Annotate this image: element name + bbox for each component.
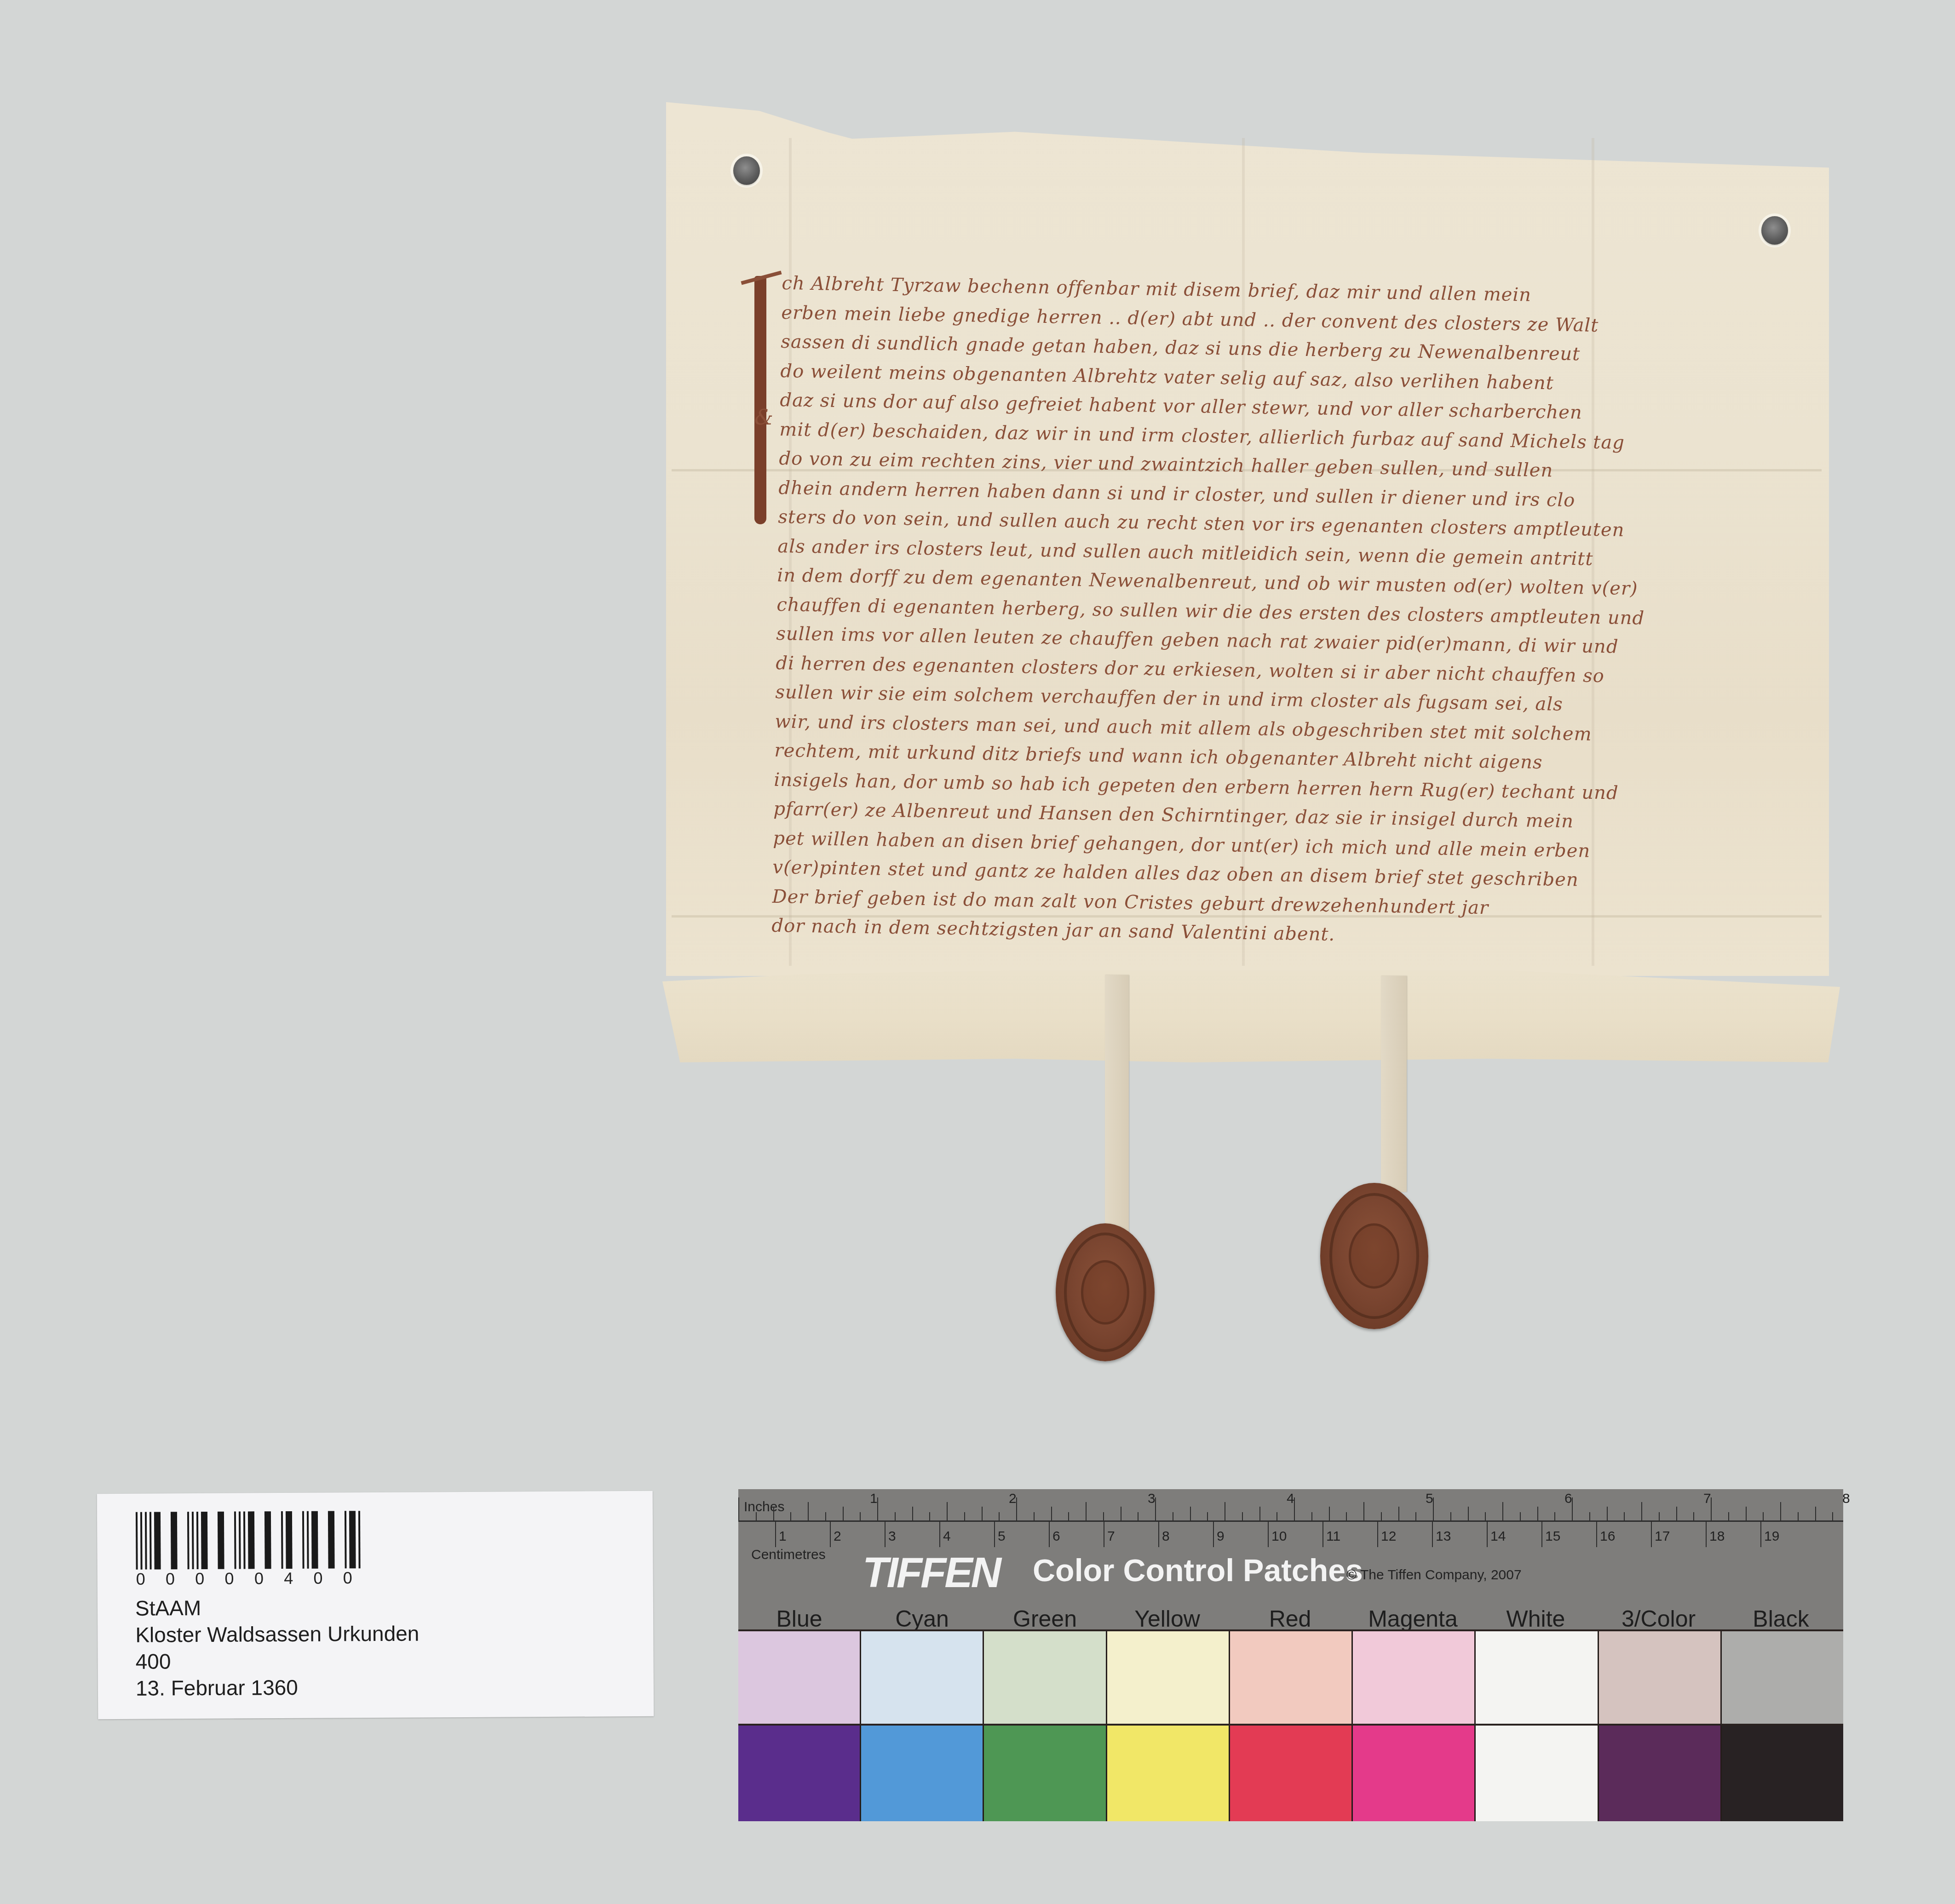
inch-tick xyxy=(1086,1502,1087,1520)
inch-tick xyxy=(1537,1507,1538,1520)
inch-tick xyxy=(964,1512,965,1520)
color-patch-green-light xyxy=(984,1631,1107,1726)
patch-label-green: Green xyxy=(984,1606,1106,1632)
inch-tick xyxy=(825,1512,826,1520)
patch-label-cyan: Cyan xyxy=(861,1606,983,1632)
cm-tick xyxy=(1104,1521,1104,1547)
inch-tick xyxy=(808,1502,809,1520)
inch-tick xyxy=(1746,1507,1747,1520)
cm-number: 9 xyxy=(1217,1529,1225,1544)
cm-number: 16 xyxy=(1600,1529,1615,1544)
inch-number: 6 xyxy=(1564,1491,1572,1507)
patch-row-light xyxy=(738,1629,1843,1726)
color-patch-blue-light xyxy=(738,1631,861,1726)
barcode-bar xyxy=(140,1512,143,1570)
cm-tick xyxy=(994,1521,995,1547)
barcode-bar xyxy=(321,1511,326,1569)
inch-tick xyxy=(1329,1507,1330,1520)
mounting-pin-icon xyxy=(1761,216,1788,245)
inch-tick xyxy=(1693,1512,1694,1520)
cm-number: 2 xyxy=(834,1529,841,1544)
copyright-notice: © The Tiffen Company, 2007 xyxy=(1346,1567,1522,1583)
inch-tick xyxy=(1311,1512,1312,1520)
barcode-bar xyxy=(248,1511,255,1569)
inch-tick xyxy=(1138,1512,1138,1520)
seal-emblem-icon xyxy=(1081,1260,1129,1325)
barcode-bar xyxy=(337,1511,342,1568)
color-patch-white-saturated xyxy=(1476,1726,1598,1821)
cm-number: 19 xyxy=(1764,1529,1779,1544)
inch-number: 5 xyxy=(1426,1491,1433,1507)
cm-number: 1 xyxy=(779,1529,787,1544)
inch-tick xyxy=(1207,1512,1208,1520)
cm-tick xyxy=(1322,1521,1323,1547)
color-patch-black-light xyxy=(1722,1631,1843,1726)
inch-tick xyxy=(860,1512,861,1520)
inch-tick xyxy=(1607,1507,1608,1520)
inch-tick xyxy=(895,1512,896,1520)
inch-tick xyxy=(912,1507,913,1520)
barcode-bar xyxy=(307,1511,309,1569)
color-patch-blue-saturated xyxy=(738,1726,861,1821)
chart-title: Color Control Patches xyxy=(1033,1553,1363,1589)
inch-tick xyxy=(1624,1512,1625,1520)
barcode-bar xyxy=(187,1512,190,1569)
inch-tick xyxy=(1485,1512,1486,1520)
barcode-bar xyxy=(257,1511,262,1569)
patch-row-saturated xyxy=(738,1724,1843,1821)
cm-number: 4 xyxy=(943,1529,951,1544)
inch-tick xyxy=(1450,1512,1451,1520)
cm-number: 18 xyxy=(1709,1529,1725,1544)
barcode-bar xyxy=(345,1511,347,1568)
inch-number: 1 xyxy=(870,1491,878,1507)
inch-tick xyxy=(843,1507,844,1520)
inch-tick xyxy=(1034,1512,1035,1520)
shield-emblem-icon xyxy=(1349,1223,1399,1289)
cm-tick xyxy=(1706,1521,1707,1547)
inch-tick xyxy=(1502,1502,1503,1520)
inch-tick xyxy=(982,1507,983,1520)
patch-label-magenta: Magenta xyxy=(1352,1606,1474,1632)
color-patch-yellow-light xyxy=(1107,1631,1230,1726)
barcode-bar xyxy=(281,1511,283,1569)
barcode-bar xyxy=(239,1512,241,1569)
document-number: 400 xyxy=(135,1647,419,1675)
inch-tick xyxy=(1346,1512,1347,1520)
inch-tick xyxy=(1676,1507,1677,1520)
barcode-bar xyxy=(274,1511,279,1569)
inch-tick xyxy=(1051,1507,1052,1520)
inch-tick xyxy=(1259,1507,1260,1520)
cm-number: 8 xyxy=(1162,1529,1170,1544)
inch-tick xyxy=(1190,1507,1191,1520)
color-patch-magenta-saturated xyxy=(1353,1726,1476,1821)
barcode-bar xyxy=(196,1512,199,1569)
color-patch-magenta-light xyxy=(1353,1631,1476,1726)
cm-tick xyxy=(1377,1521,1378,1547)
decorated-initial-i xyxy=(754,276,766,524)
inch-tick xyxy=(1659,1512,1660,1520)
cm-number: 15 xyxy=(1545,1529,1560,1544)
inch-tick xyxy=(1780,1502,1781,1520)
cm-tick xyxy=(1268,1521,1269,1547)
cm-tick xyxy=(1596,1521,1597,1547)
margin-annotation: & xyxy=(754,405,773,430)
inch-number: 7 xyxy=(1703,1491,1711,1507)
barcode-bar xyxy=(218,1512,224,1569)
cm-number: 11 xyxy=(1326,1529,1340,1544)
barcode-bar xyxy=(311,1511,318,1569)
barcode-bar xyxy=(180,1512,185,1569)
document-date: 13. Februar 1360 xyxy=(136,1674,420,1702)
cm-tick xyxy=(1541,1521,1542,1547)
barcode-bar xyxy=(295,1511,300,1569)
color-patch-red-saturated xyxy=(1230,1726,1353,1821)
ruler-inches-label: Inches xyxy=(744,1499,784,1515)
color-patch-white-light xyxy=(1476,1631,1598,1726)
inch-tick xyxy=(1276,1512,1277,1520)
inch-tick xyxy=(738,1497,739,1520)
cm-number: 17 xyxy=(1655,1529,1670,1544)
color-patch-green-saturated xyxy=(984,1726,1107,1821)
inch-tick xyxy=(1832,1512,1833,1520)
color-control-chart: Inches 123456781234567891011121314151617… xyxy=(738,1489,1843,1819)
cm-number: 6 xyxy=(1052,1529,1060,1544)
inch-tick xyxy=(1468,1507,1469,1520)
cm-tick xyxy=(885,1521,885,1547)
archive-label: 0 0 0 0 0 4 0 0 StAAM Kloster Waldsassen… xyxy=(97,1491,654,1719)
cm-tick xyxy=(1487,1521,1488,1547)
cm-tick xyxy=(830,1521,831,1547)
color-patch-red-light xyxy=(1230,1631,1353,1726)
inch-tick xyxy=(999,1512,1000,1520)
tiffen-logo: TIFFEN xyxy=(862,1549,1000,1597)
inch-tick xyxy=(1068,1512,1069,1520)
barcode-bar xyxy=(163,1512,168,1569)
cm-tick xyxy=(1760,1521,1761,1547)
inch-tick xyxy=(1363,1502,1364,1520)
patch-label-3color: 3/Color xyxy=(1598,1606,1719,1632)
inch-tick xyxy=(1103,1512,1104,1520)
collection-name: Kloster Waldsassen Urkunden xyxy=(135,1620,419,1648)
cm-number: 5 xyxy=(998,1529,1006,1544)
inch-tick xyxy=(1415,1512,1416,1520)
barcode-bar xyxy=(149,1512,152,1570)
patch-label-red: Red xyxy=(1229,1606,1351,1632)
barcode-bar xyxy=(145,1512,147,1570)
cm-number: 7 xyxy=(1107,1529,1115,1544)
charter-text: ch Albreht Tyrzaw bechenn offenbar mit d… xyxy=(771,269,1702,955)
inch-tick xyxy=(773,1507,774,1520)
right-wax-seal xyxy=(1320,1183,1428,1329)
barcode-bar xyxy=(234,1512,236,1569)
patch-label-black: Black xyxy=(1720,1606,1842,1632)
cm-tick xyxy=(1651,1521,1652,1547)
inch-tick xyxy=(790,1512,791,1520)
barcode-bar xyxy=(171,1512,178,1569)
inch-tick xyxy=(1225,1502,1225,1520)
barcode-bar xyxy=(227,1512,232,1569)
barcode-bar xyxy=(349,1511,356,1568)
patch-label-blue: Blue xyxy=(738,1606,860,1632)
seal-strap-right xyxy=(1381,976,1407,1192)
inch-tick xyxy=(1173,1512,1173,1520)
inch-tick xyxy=(1121,1507,1121,1520)
cm-number: 3 xyxy=(888,1529,896,1544)
cm-tick xyxy=(1432,1521,1433,1547)
inch-tick xyxy=(756,1512,757,1520)
inch-number: 3 xyxy=(1148,1491,1156,1507)
inch-tick xyxy=(1381,1512,1382,1520)
inch-tick xyxy=(1398,1507,1399,1520)
cm-number: 14 xyxy=(1490,1529,1506,1544)
color-patch-cyan-saturated xyxy=(861,1726,984,1821)
color-patch-black-saturated xyxy=(1722,1726,1843,1821)
cm-number: 13 xyxy=(1436,1529,1451,1544)
barcode-digits: 0 0 0 0 0 4 0 0 xyxy=(136,1568,352,1589)
inch-tick xyxy=(1798,1512,1799,1520)
barcode-bar xyxy=(192,1512,194,1569)
inch-tick xyxy=(929,1512,930,1520)
mounting-pin-icon xyxy=(733,156,760,185)
cm-number: 10 xyxy=(1271,1529,1287,1544)
cm-tick xyxy=(1158,1521,1159,1547)
barcode-bar xyxy=(201,1512,208,1569)
archive-abbrev: StAAM xyxy=(135,1594,419,1622)
patch-label-yellow: Yellow xyxy=(1106,1606,1228,1632)
inch-tick xyxy=(947,1502,948,1520)
inch-tick xyxy=(1242,1512,1243,1520)
cm-tick xyxy=(1213,1521,1214,1547)
color-patch-yellow-saturated xyxy=(1107,1726,1230,1821)
label-text: StAAM Kloster Waldsassen Urkunden 400 13… xyxy=(135,1594,420,1702)
inch-tick xyxy=(1728,1512,1729,1520)
barcode-bar xyxy=(136,1512,138,1570)
barcode-bar xyxy=(154,1512,161,1569)
inch-number: 8 xyxy=(1842,1491,1850,1507)
inch-tick xyxy=(1815,1507,1816,1520)
barcode-bar xyxy=(302,1511,305,1569)
barcode-bar xyxy=(210,1512,215,1569)
barcode-bar xyxy=(358,1511,361,1568)
barcode-bar xyxy=(243,1511,246,1569)
inch-tick xyxy=(1554,1512,1555,1520)
barcode-bar xyxy=(264,1511,271,1569)
inch-tick xyxy=(1589,1512,1590,1520)
cm-number: 12 xyxy=(1381,1529,1396,1544)
ruler-baseline xyxy=(738,1520,1843,1522)
plica-fold-flap xyxy=(662,970,1840,1062)
patch-label-white: White xyxy=(1475,1606,1597,1632)
inch-number: 4 xyxy=(1287,1491,1294,1507)
barcode-icon xyxy=(136,1511,363,1570)
inch-tick xyxy=(1763,1512,1764,1520)
color-patch-3color-light xyxy=(1599,1631,1722,1726)
inch-number: 2 xyxy=(1009,1491,1017,1507)
inch-tick xyxy=(1520,1512,1521,1520)
ruler-cm-label: Centimetres xyxy=(751,1547,826,1563)
barcode-bar xyxy=(286,1511,293,1569)
left-wax-seal xyxy=(1056,1223,1155,1361)
color-patch-3color-saturated xyxy=(1599,1726,1722,1821)
inch-tick xyxy=(1641,1502,1642,1520)
color-patch-cyan-light xyxy=(861,1631,984,1726)
cm-tick xyxy=(1049,1521,1050,1547)
cm-tick xyxy=(775,1521,776,1547)
barcode-bar xyxy=(328,1511,335,1568)
cm-tick xyxy=(939,1521,940,1547)
